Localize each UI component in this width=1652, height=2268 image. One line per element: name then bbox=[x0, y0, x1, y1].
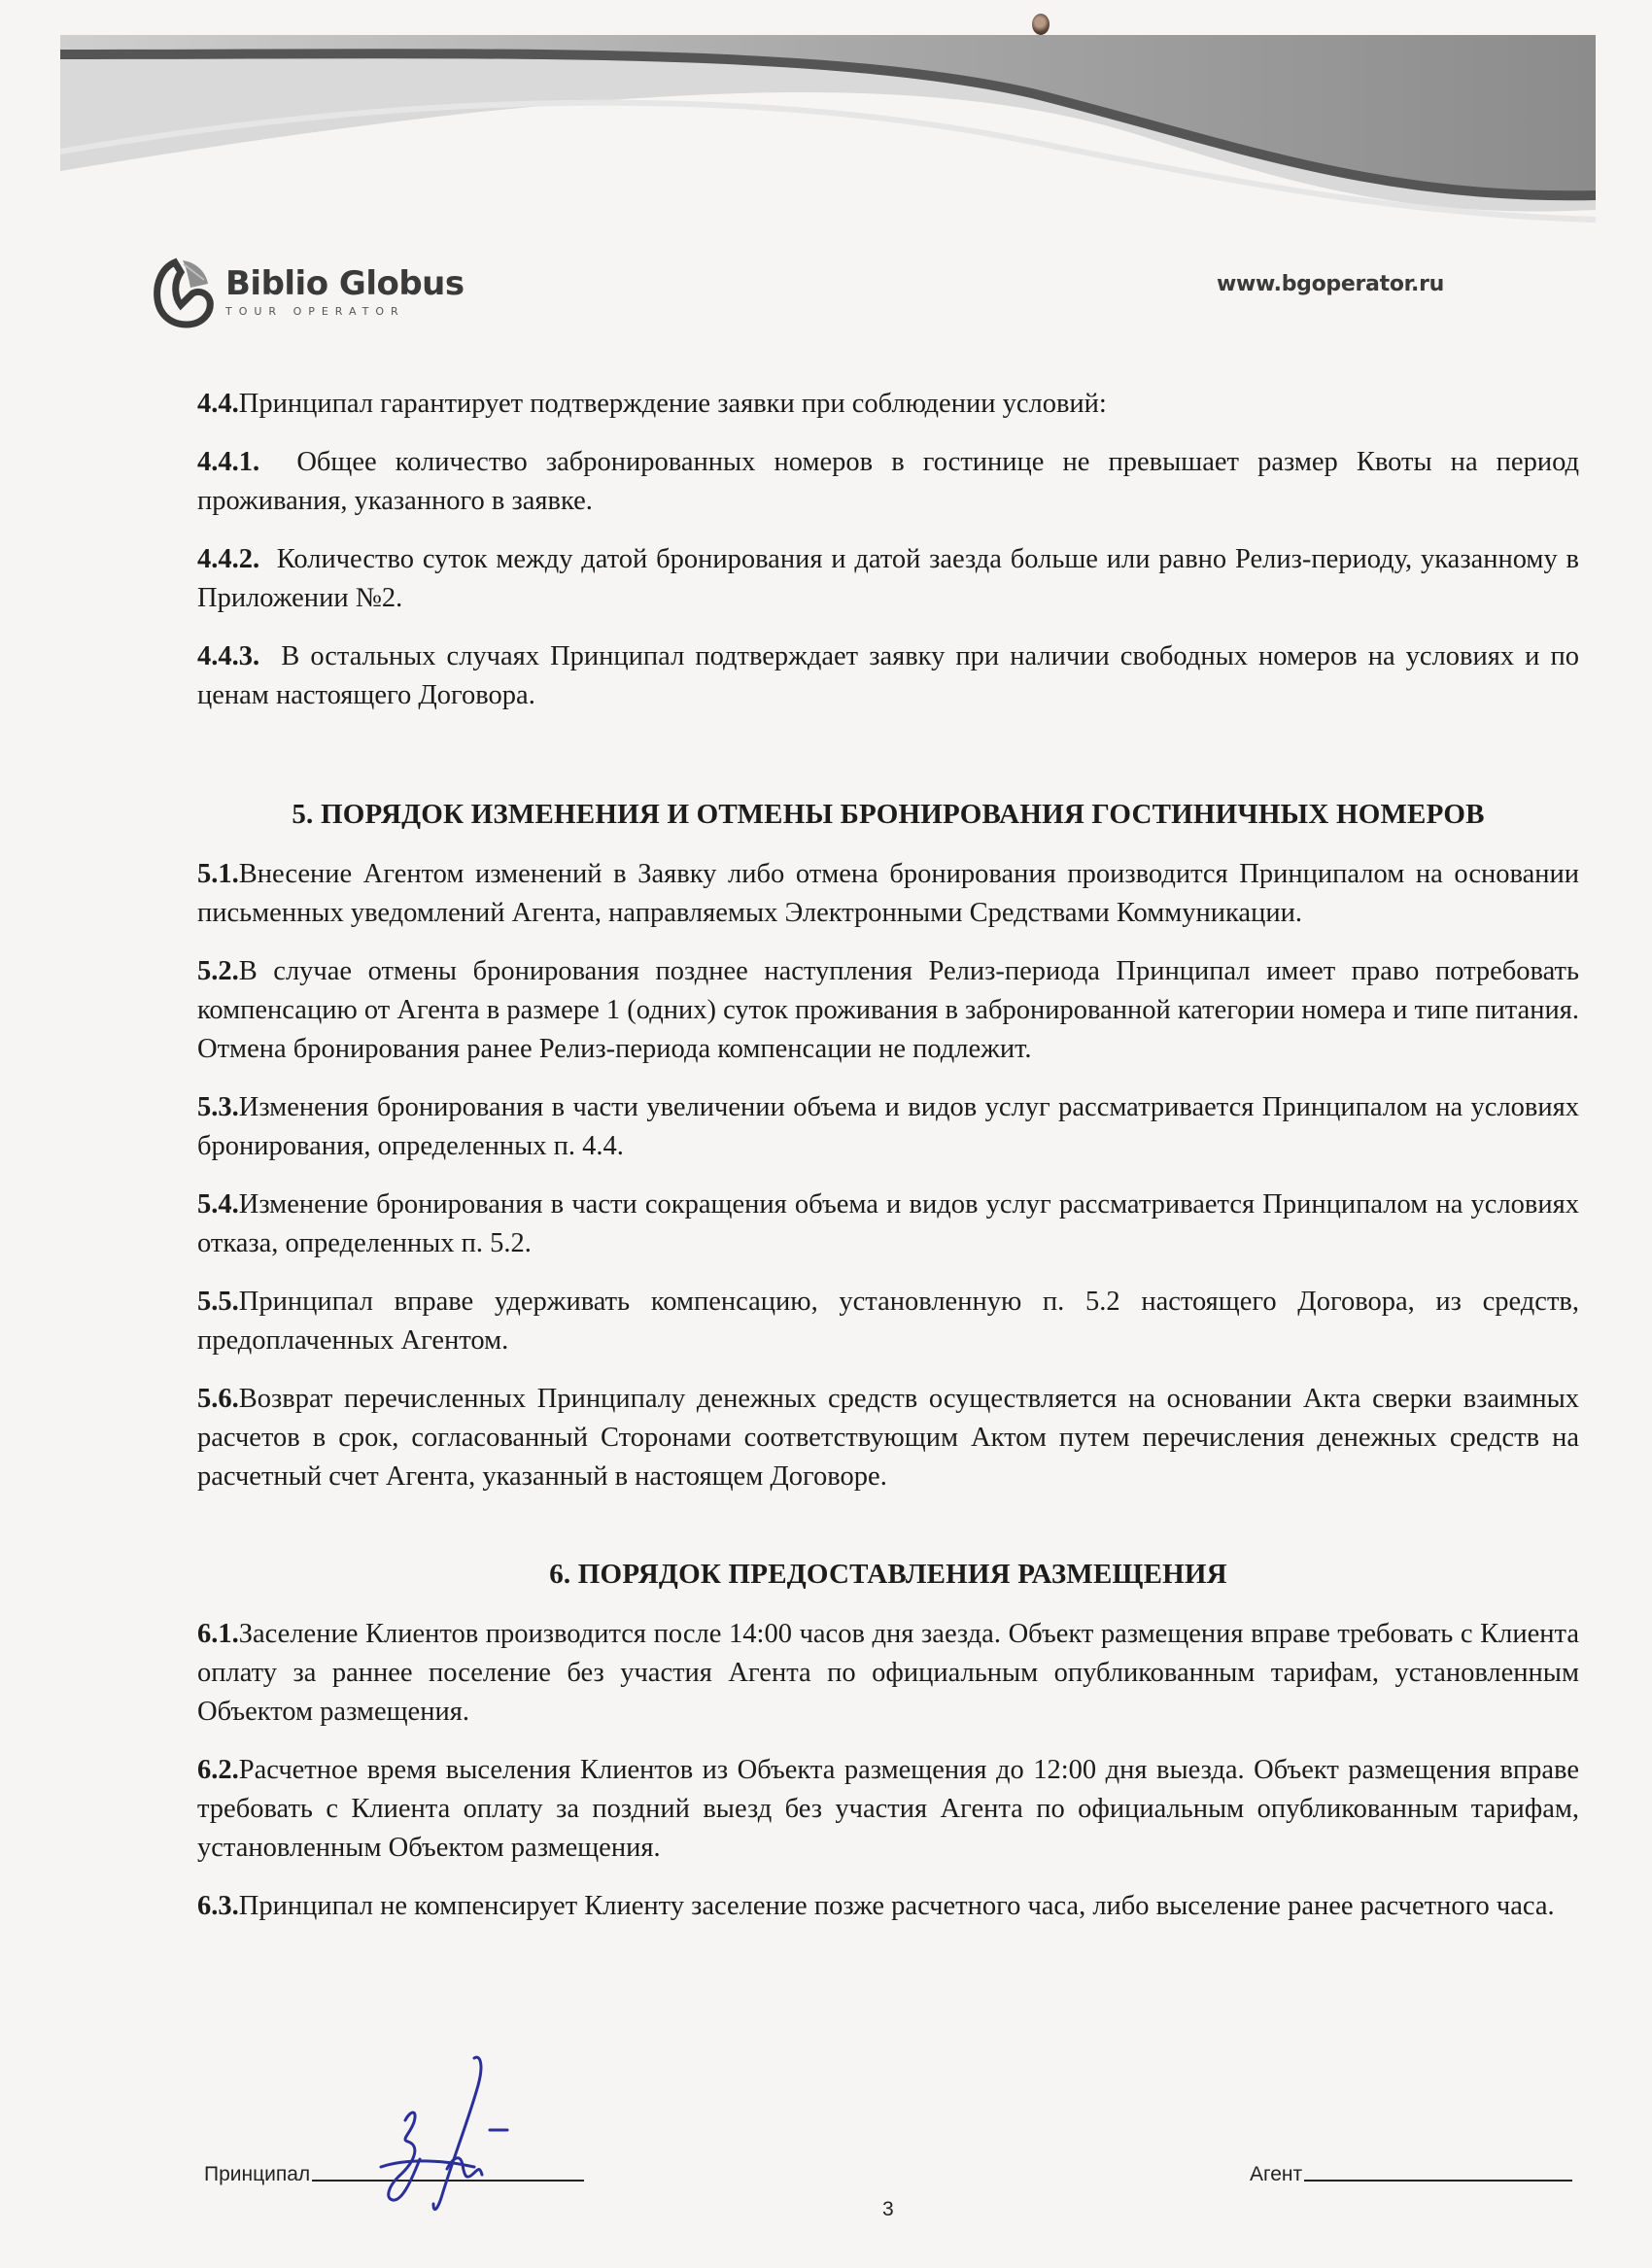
clause-number: 5.1. bbox=[197, 859, 239, 889]
clause-4-4-2: 4.4.2. Количество суток между датой брон… bbox=[197, 540, 1579, 618]
clause-6-3: 6.3.Принципал не компенсирует Клиенту за… bbox=[197, 1887, 1579, 1926]
clause-text: Внесение Агентом изменений в Заявку либо… bbox=[197, 859, 1579, 928]
clause-text: Принципал гарантирует подтверждение заяв… bbox=[239, 389, 1107, 419]
staple-mark bbox=[1032, 14, 1050, 35]
section-5: 5. ПОРЯДОК ИЗМЕНЕНИЯ И ОТМЕНЫ БРОНИРОВАН… bbox=[197, 795, 1579, 1496]
clause-5-1: 5.1.Внесение Агентом изменений в Заявку … bbox=[197, 855, 1579, 933]
clause-text: Принципал не компенсирует Клиенту заселе… bbox=[239, 1891, 1555, 1921]
clause-text: Изменения бронирования в части увеличени… bbox=[197, 1092, 1579, 1161]
clause-number: 5.5. bbox=[197, 1287, 239, 1317]
section-5-title: 5. ПОРЯДОК ИЗМЕНЕНИЯ И ОТМЕНЫ БРОНИРОВАН… bbox=[197, 795, 1579, 834]
clause-number: 5.2. bbox=[197, 956, 239, 986]
clause-number: 4.4.2. bbox=[197, 544, 259, 574]
clause-5-5: 5.5.Принципал вправе удерживать компенса… bbox=[197, 1283, 1579, 1360]
clause-number: 4.4.1. bbox=[197, 447, 259, 477]
section-6-title: 6. ПОРЯДОК ПРЕДОСТАВЛЕНИЯ РАЗМЕЩЕНИЯ bbox=[197, 1555, 1579, 1594]
clause-6-1: 6.1.Заселение Клиентов производится посл… bbox=[197, 1615, 1579, 1732]
agent-signature-line bbox=[1304, 2179, 1572, 2182]
clause-4-4: 4.4.Принципал гарантирует подтверждение … bbox=[197, 385, 1579, 424]
clause-number: 6.3. bbox=[197, 1891, 239, 1921]
clause-5-4: 5.4.Изменение бронирования в части сокра… bbox=[197, 1186, 1579, 1263]
website-url: www.bgoperator.ru bbox=[1217, 272, 1444, 296]
clause-5-2: 5.2.В случае отмены бронирования позднее… bbox=[197, 952, 1579, 1069]
brand-logo: Biblio Globus TOUR OPERATOR bbox=[154, 255, 465, 328]
principal-label: Принципал bbox=[204, 2163, 310, 2186]
header-wave-banner bbox=[60, 35, 1596, 229]
clause-number: 5.6. bbox=[197, 1384, 239, 1414]
clause-6-2: 6.2.Расчетное время выселения Клиентов и… bbox=[197, 1751, 1579, 1868]
agent-label: Агент bbox=[1250, 2163, 1302, 2186]
clause-text: Количество суток между датой бронировани… bbox=[197, 544, 1579, 613]
clause-text: Заселение Клиентов производится после 14… bbox=[197, 1619, 1579, 1727]
clause-number: 5.3. bbox=[197, 1092, 239, 1122]
clause-4-4-1: 4.4.1. Общее количество забронированных … bbox=[197, 443, 1579, 521]
clause-5-6: 5.6.Возврат перечисленных Принципалу ден… bbox=[197, 1380, 1579, 1496]
brand-name: Biblio Globus bbox=[225, 266, 465, 301]
clause-number: 6.2. bbox=[197, 1755, 239, 1785]
clause-text: Возврат перечисленных Принципалу денежны… bbox=[197, 1384, 1579, 1492]
clause-text: Общее количество забронированных номеров… bbox=[197, 447, 1579, 516]
document-body: 4.4.Принципал гарантирует подтверждение … bbox=[197, 385, 1579, 1945]
biblio-globus-logo-icon bbox=[154, 255, 214, 328]
brand-tagline: TOUR OPERATOR bbox=[225, 305, 465, 318]
clause-5-3: 5.3.Изменения бронирования в части увели… bbox=[197, 1088, 1579, 1166]
clause-text: Изменение бронирования в части сокращени… bbox=[197, 1189, 1579, 1258]
handwritten-signature bbox=[352, 2052, 595, 2217]
clause-text: В остальных случаях Принципал подтвержда… bbox=[197, 641, 1579, 710]
clause-number: 5.4. bbox=[197, 1189, 239, 1220]
clause-text: Расчетное время выселения Клиентов из Об… bbox=[197, 1755, 1579, 1863]
clause-text: Принципал вправе удерживать компенсацию,… bbox=[197, 1287, 1579, 1356]
clause-number: 6.1. bbox=[197, 1619, 239, 1649]
clause-4-4-3: 4.4.3. В остальных случаях Принципал под… bbox=[197, 637, 1579, 715]
clause-number: 4.4. bbox=[197, 389, 239, 419]
clause-text: В случае отмены бронирования позднее нас… bbox=[197, 956, 1579, 1064]
agent-signature-field: Агент bbox=[1250, 2163, 1572, 2186]
section-6: 6. ПОРЯДОК ПРЕДОСТАВЛЕНИЯ РАЗМЕЩЕНИЯ 6.1… bbox=[197, 1555, 1579, 1926]
page-number: 3 bbox=[882, 2198, 894, 2221]
clause-number: 4.4.3. bbox=[197, 641, 259, 671]
